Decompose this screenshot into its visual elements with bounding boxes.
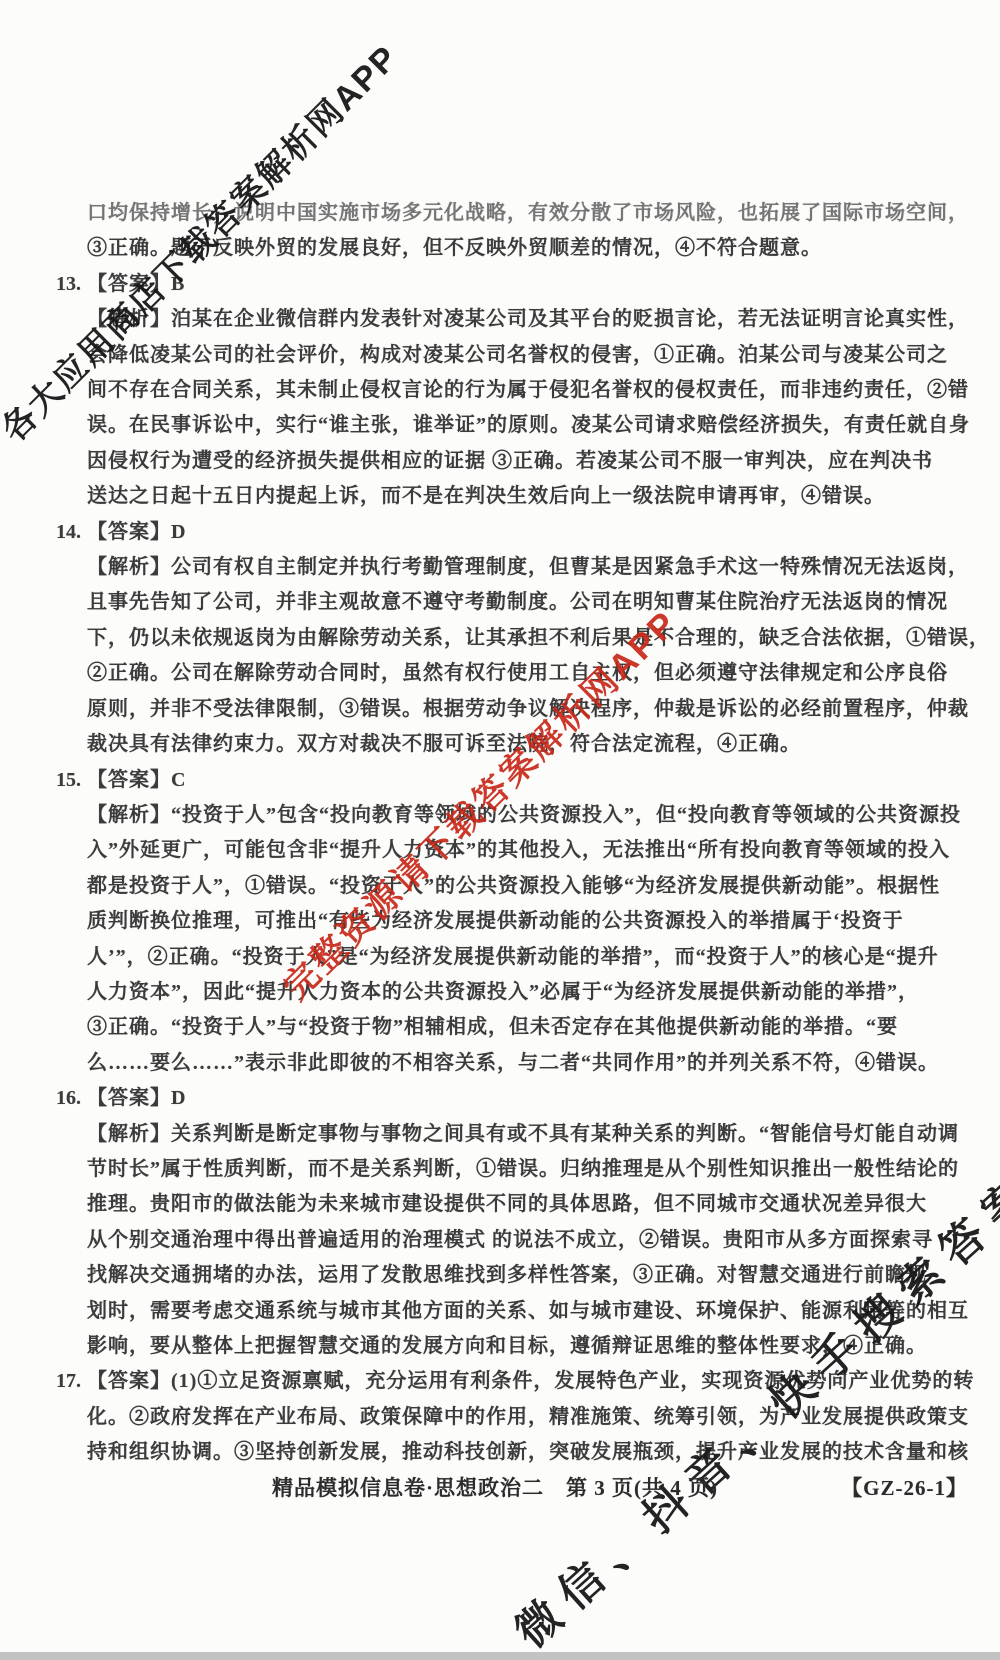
answer-item-14-head: 14. 【答案】D bbox=[87, 515, 947, 550]
answer-item-17-head: 17. 【答案】(1)①立足资源禀赋，充分运用有利条件，发展特色产业，实现资源优… bbox=[87, 1364, 947, 1399]
explanation-line: 误。在民事诉讼中，实行“谁主张，谁举证”的原则。凌某公司请求赔偿经济损失，有责任… bbox=[87, 408, 947, 443]
explanation-line: 【解析】“投资于人”包含“投向教育等领域的公共资源投入”，但“投向教育等领域的公… bbox=[87, 798, 947, 833]
explanation-line: 影响，要从整体上把握智慧交通的发展方向和目标，遵循辩证思维的整体性要求，④正确。 bbox=[87, 1329, 947, 1364]
answer-item-13-head: 13. 【答案】B bbox=[87, 267, 947, 302]
explanation-line: 间不存在合同关系，其未制止侵权言论的行为属于侵犯名誉权的侵权责任，而非违约责任，… bbox=[87, 373, 947, 408]
footer-title-page: 精品模拟信息卷·思想政治二 第 3 页(共 4 页) bbox=[272, 1472, 718, 1502]
explanation-line: 划时，需要考虑交通系统与城市其他方面的关系、如与城市建设、环境保护、能源利用等的… bbox=[87, 1294, 947, 1329]
explanation-line: 人’”，②正确。“投资于人”是“为经济发展提供新动能的举措”，而“投资于人”的核… bbox=[87, 940, 947, 975]
answer-item-16-head: 16. 【答案】D bbox=[87, 1081, 947, 1116]
scanned-answer-page: 口均保持增长，说明中国实施市场多元化战略，有效分散了市场风险，也拓展了国际市场空… bbox=[0, 0, 1000, 1660]
explanation-line: ②正确。公司在解除劳动合同时，虽然有权行使用工自主权，但必须遵守法律规定和公序良… bbox=[87, 656, 947, 691]
explanation-line: 【解析】关系判断是断定事物与事物之间具有或不具有某种关系的判断。“智能信号灯能自… bbox=[87, 1117, 947, 1152]
item-number-16: 16. bbox=[56, 1081, 81, 1116]
answer-14-label: 【答案】D bbox=[87, 521, 186, 543]
continuation-line: 口均保持增长，说明中国实施市场多元化战略，有效分散了市场风险，也拓展了国际市场空… bbox=[87, 196, 947, 231]
explanation-line: 化。②政府发挥在产业布局、政策保障中的作用，精准施策、统筹引领，为产业发展提供政… bbox=[87, 1400, 947, 1435]
answer-17-label: 【答案】(1)①立足资源禀赋，充分运用有利条件，发展特色产业，实现资源优势向产业… bbox=[87, 1370, 974, 1392]
explanation-line: 持和组织协调。③坚持创新发展，推动科技创新，突破发展瓶颈，提升产业发展的技术含量… bbox=[87, 1435, 947, 1470]
explanation-line: 从个别交通治理中得出普遍适用的治理模式 的说法不成立，②错误。贵阳市从多方面探索… bbox=[87, 1223, 947, 1258]
explanation-line: 找解决交通拥堵的办法，运用了发散思维找到多样性答案，③正确。对智慧交通进行前瞻规 bbox=[87, 1258, 947, 1293]
explanation-line: 推理。贵阳市的做法能为未来城市建设提供不同的具体思路，但不同城市交通状况差异很大 bbox=[87, 1187, 947, 1222]
explanation-line: 都是投资于人”，①错误。“投资于人”的公共资源投入能够“为经济发展提供新动能”。… bbox=[87, 869, 947, 904]
answer-15-label: 【答案】C bbox=[87, 769, 186, 791]
explanation-line: 原则，并非不受法律限制，③错误。根据劳动争议解决程序，仲裁是诉讼的必经前置程序，… bbox=[87, 692, 947, 727]
continuation-line: ③正确。题干反映外贸的发展良好，但不反映外贸顺差的情况，④不符合题意。 bbox=[87, 231, 947, 266]
explanation-line: 送达之日起十五日内提起上诉，而不是在判决生效后向上一级法院申请再审，④错误。 bbox=[87, 479, 947, 514]
explanation-line: 下，仍以未依规返岗为由解除劳动关系，让其承担不利后果是不合理的，缺乏合法依据，①… bbox=[87, 621, 947, 656]
explanation-line: 因侵权行为遭受的经济损失提供相应的证据 ③正确。若凌某公司不服一审判决，应在判决… bbox=[87, 444, 947, 479]
item-number-14: 14. bbox=[56, 515, 81, 550]
explanation-line: 么……要么……”表示非此即彼的不相容关系，与二者“共同作用”的并列关系不符，④错… bbox=[87, 1046, 947, 1081]
item-number-15: 15. bbox=[56, 763, 81, 798]
answer-item-15-head: 15. 【答案】C bbox=[87, 763, 947, 798]
answer-16-label: 【答案】D bbox=[87, 1087, 186, 1109]
explanation-line: 【解析】公司有权自主制定并执行考勤管理制度，但曹某是因紧急手术这一特殊情况无法返… bbox=[87, 550, 947, 585]
scan-bottom-edge bbox=[0, 1652, 1000, 1660]
answer-13-label: 【答案】B bbox=[87, 273, 185, 295]
explanation-line: 入”外延更广，可能包含非“提升人力资本”的其他投入，无法推出“所有投向教育等领域… bbox=[87, 833, 947, 868]
explanation-line: 节时长”属于性质判断，而不是关系判断，①错误。归纳推理是从个别性知识推出一般性结… bbox=[87, 1152, 947, 1187]
item-number-17: 17. bbox=[56, 1364, 81, 1399]
footer-exam-code: 【GZ-26-1】 bbox=[841, 1472, 968, 1502]
explanation-line: 【解析】泊某在企业微信群内发表针对凌某公司及其平台的贬损言论，若无法证明言论真实… bbox=[87, 302, 947, 337]
item-number-13: 13. bbox=[56, 267, 81, 302]
explanation-line: 人力资本”，因此“提升人力资本的公共资源投入”必属于“为经济发展提供新动能的举措… bbox=[87, 975, 947, 1010]
page-footer: 精品模拟信息卷·思想政治二 第 3 页(共 4 页) 【GZ-26-1】 bbox=[0, 1472, 1000, 1502]
explanation-line: 会降低凌某公司的社会评价，构成对凌某公司名誉权的侵害，①正确。泊某公司与凌某公司… bbox=[87, 338, 947, 373]
explanation-line: ③正确。“投资于人”与“投资于物”相辅相成，但未否定存在其他提供新动能的举措。“… bbox=[87, 1010, 947, 1045]
explanation-line: 质判断换位推理，可推出“有些为经济发展提供新动能的公共资源投入的举措属于‘投资于 bbox=[87, 904, 947, 939]
answer-document: 口均保持增长，说明中国实施市场多元化战略，有效分散了市场风险，也拓展了国际市场空… bbox=[87, 196, 947, 1471]
explanation-line: 且事先告知了公司，并非主观故意不遵守考勤制度。公司在明知曹某住院治疗无法返岗的情… bbox=[87, 585, 947, 620]
explanation-line: 裁决具有法律约束力。双方对裁决不服可诉至法院，符合法定流程，④正确。 bbox=[87, 727, 947, 762]
